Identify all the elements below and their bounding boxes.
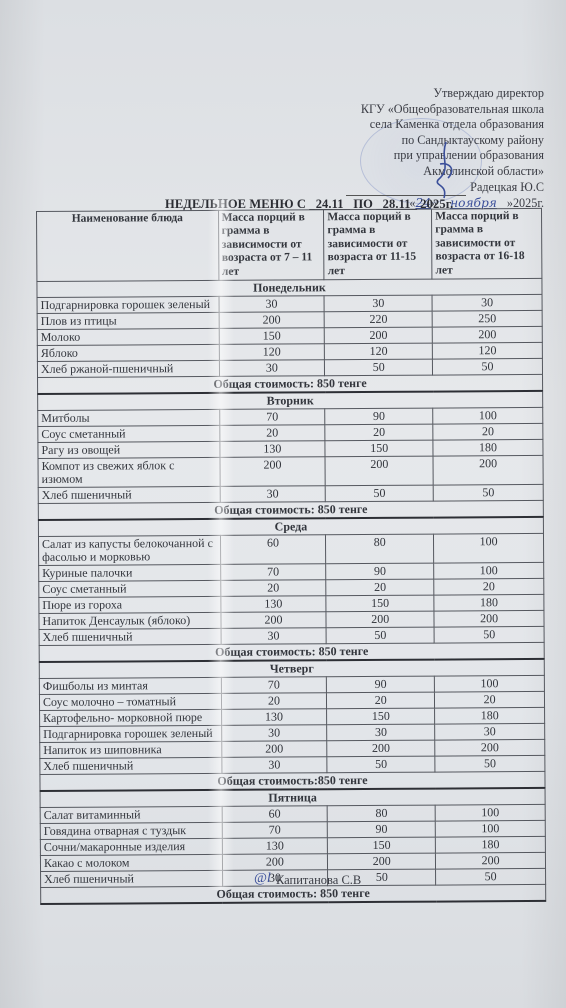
portion-11-15: 200 <box>325 456 433 486</box>
dish-name: Говядина отварная с туздык <box>40 822 222 839</box>
approval-line: Утверждаю директор <box>304 86 544 102</box>
dish-name: Напиток Денсаулык (яблоко) <box>39 612 221 629</box>
portion-11-15: 90 <box>327 676 435 693</box>
dish-name: Хлеб пшеничный <box>41 870 223 887</box>
dish-name: Рагу из овощей <box>38 441 220 458</box>
dish-name: Соус сметанный <box>39 580 221 597</box>
dish-name: Салат из капусты белокочанной с фасолью … <box>38 535 220 565</box>
portion-11-15: 20 <box>326 579 434 596</box>
dish-name: Плов из птицы <box>37 312 219 329</box>
header-age-11-15: Масса порций в грамма в зависимости от в… <box>324 209 432 280</box>
portion-16-18: 50 <box>433 358 543 375</box>
portion-16-18: 50 <box>435 755 545 772</box>
dish-name: Яблоко <box>37 344 219 361</box>
portion-11-15: 30 <box>327 724 435 741</box>
portion-16-18: 30 <box>435 723 545 740</box>
dish-name: Подгарнировка горошек зеленый <box>37 296 219 313</box>
portion-16-18: 20 <box>434 578 544 595</box>
portion-11-15: 120 <box>325 343 433 360</box>
portion-7-11: 200 <box>220 457 326 487</box>
portion-7-11: 20 <box>219 425 325 442</box>
table-row: Компот из свежих яблок с изюмом200200200 <box>38 455 543 487</box>
dish-name: Хлеб пшеничный <box>38 486 220 503</box>
dish-name: Хлеб пшеничный <box>39 628 221 645</box>
portion-11-15: 50 <box>326 627 434 644</box>
portion-11-15: 220 <box>324 311 432 328</box>
portion-11-15: 200 <box>326 611 434 628</box>
table-header-row: Наименование блюда Масса порций в грамма… <box>37 208 542 281</box>
portion-7-11: 130 <box>221 709 327 726</box>
portion-7-11: 70 <box>219 409 325 426</box>
header-age-7-11: Масса порций в грамма в зависимости от в… <box>218 210 324 281</box>
portion-7-11: 20 <box>220 580 326 597</box>
portion-16-18: 100 <box>433 407 543 424</box>
portion-16-18: 50 <box>433 484 543 501</box>
portion-16-18: 100 <box>435 804 545 821</box>
portion-11-15: 20 <box>325 424 433 441</box>
dish-name: Сочни/макаронные изделия <box>40 838 222 855</box>
portion-7-11: 200 <box>220 612 326 629</box>
approval-line: села Каменка отдела образования <box>304 117 544 133</box>
portion-11-15: 200 <box>327 740 435 757</box>
portion-7-11: 60 <box>222 806 328 823</box>
portion-16-18: 200 <box>433 455 543 485</box>
dish-name: Хлеб пшеничный <box>40 757 222 774</box>
portion-16-18: 30 <box>432 294 542 311</box>
weekly-menu-table: Наименование блюда Масса порций в грамма… <box>36 208 546 905</box>
portion-16-18: 180 <box>435 836 545 853</box>
approval-line: при управлении образования <box>304 148 544 164</box>
approval-block: Утверждаю директор КГУ «Общеобразователь… <box>304 86 544 212</box>
portion-11-15: 50 <box>326 485 434 502</box>
signature-icon <box>426 140 466 200</box>
dish-name: Фишболы из минтая <box>39 677 221 694</box>
director-name: Радецкая Ю.С <box>470 180 544 194</box>
portion-7-11: 30 <box>221 757 327 774</box>
dish-name: Компот из свежих яблок с изюмом <box>38 457 220 487</box>
dish-name: Хлеб ржаной-пшеничный <box>37 360 219 377</box>
portion-16-18: 200 <box>436 852 546 869</box>
portion-11-15: 50 <box>327 756 435 773</box>
portion-16-18: 20 <box>433 423 543 440</box>
portion-7-11: 200 <box>222 854 328 871</box>
portion-7-11: 70 <box>221 677 327 694</box>
portion-7-11: 30 <box>219 296 325 313</box>
dish-name: Какао с молоком <box>40 854 222 871</box>
table-row: Салат из капусты белокочанной с фасолью … <box>38 533 543 565</box>
dish-name: Соус молочно – томатный <box>39 693 221 710</box>
dish-name: Напиток из шиповника <box>40 741 222 758</box>
approval-line: Акмолинской области» <box>304 164 544 180</box>
portion-16-18: 50 <box>436 868 546 885</box>
portion-16-18: 250 <box>432 310 542 327</box>
dish-name: Пюре из гороха <box>39 596 221 613</box>
dish-name: Салат витаминный <box>40 806 222 823</box>
signer-name: Капитанова С.В <box>276 873 361 887</box>
dish-name: Молоко <box>37 328 219 345</box>
approval-line: КГУ «Общеобразовательная школа <box>304 102 544 118</box>
portion-16-18: 200 <box>432 326 542 343</box>
header-dish-name: Наименование блюда <box>37 210 219 281</box>
portion-7-11: 130 <box>219 441 325 458</box>
portion-16-18: 180 <box>434 594 544 611</box>
portion-7-11: 150 <box>219 328 325 345</box>
portion-16-18: 100 <box>435 675 545 692</box>
table-body: ПонедельникПодгарнировка горошек зеленый… <box>37 278 546 904</box>
portion-7-11: 30 <box>221 725 327 742</box>
portion-11-15: 90 <box>325 408 433 425</box>
portion-7-11: 70 <box>220 564 326 581</box>
portion-11-15: 30 <box>324 295 432 312</box>
portion-16-18: 100 <box>435 820 545 837</box>
portion-7-11: 30 <box>219 360 325 377</box>
portion-7-11: 30 <box>221 628 327 645</box>
portion-16-18: 20 <box>435 691 545 708</box>
portion-11-15: 150 <box>328 837 436 854</box>
portion-7-11: 70 <box>222 822 328 839</box>
dish-name: Митболы <box>38 409 220 426</box>
portion-16-18: 120 <box>432 342 542 359</box>
portion-16-18: 50 <box>434 626 544 643</box>
dish-name: Подгарнировка горошек зеленый <box>40 725 222 742</box>
portion-7-11: 120 <box>219 344 325 361</box>
portion-11-15: 20 <box>327 692 435 709</box>
footer-signature: @l Капитанова С.В <box>276 873 361 888</box>
initials-signature: @l <box>254 871 271 887</box>
dish-name: Куриные палочки <box>39 564 221 581</box>
portion-16-18: 200 <box>435 739 545 756</box>
dish-name: Соус сметанный <box>38 425 220 442</box>
director-name-line: Радецкая Ю.С <box>304 180 544 197</box>
portion-7-11: 130 <box>222 838 328 855</box>
header-age-16-18: Масса порций в грамма в зависимости от в… <box>432 208 542 279</box>
portion-11-15: 50 <box>325 359 433 376</box>
portion-11-15: 200 <box>328 853 436 870</box>
portion-16-18: 100 <box>434 533 544 563</box>
portion-7-11: 20 <box>221 693 327 710</box>
portion-11-15: 90 <box>326 563 434 580</box>
portion-11-15: 150 <box>327 708 435 725</box>
portion-11-15: 80 <box>326 534 434 564</box>
portion-11-15: 80 <box>327 805 435 822</box>
portion-11-15: 90 <box>328 821 436 838</box>
portion-16-18: 200 <box>434 610 544 627</box>
portion-7-11: 60 <box>220 535 326 565</box>
portion-7-11: 30 <box>220 486 326 503</box>
portion-11-15: 150 <box>325 440 433 457</box>
portion-7-11: 200 <box>219 312 325 329</box>
dish-name: Картофельно- морковной пюре <box>40 709 222 726</box>
portion-11-15: 150 <box>326 595 434 612</box>
portion-11-15: 200 <box>325 327 433 344</box>
portion-16-18: 100 <box>434 562 544 579</box>
portion-16-18: 180 <box>433 439 543 456</box>
portion-7-11: 200 <box>221 741 327 758</box>
approval-line: по Сандыктаускому району <box>304 133 544 149</box>
portion-16-18: 180 <box>435 707 545 724</box>
portion-7-11: 130 <box>220 596 326 613</box>
